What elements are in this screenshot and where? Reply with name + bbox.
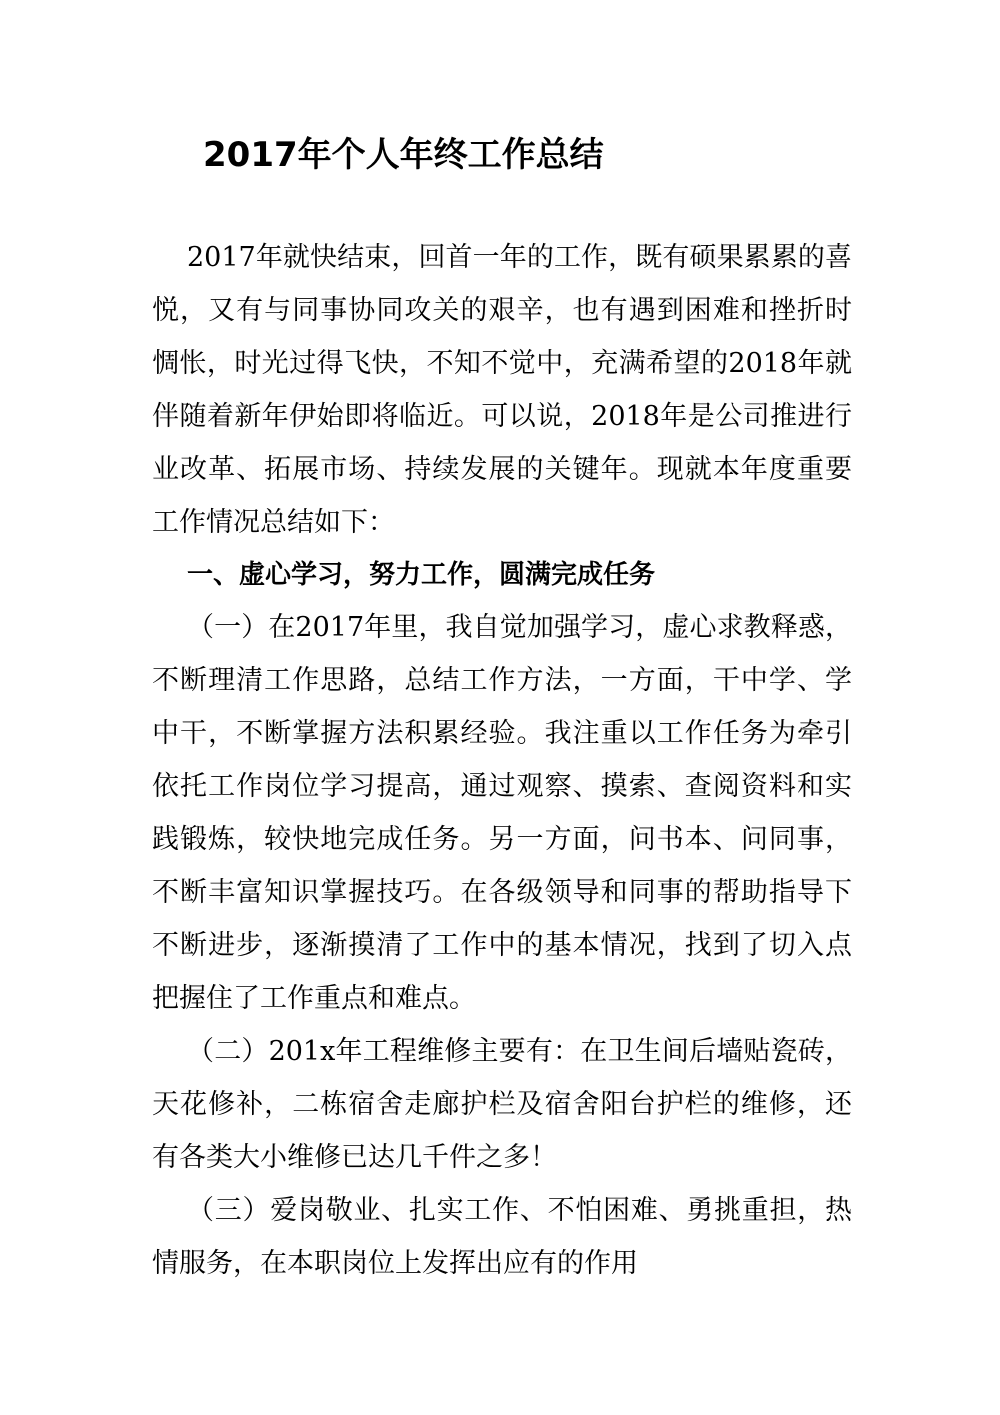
intro-line-4: 伴随着新年伊始即将临近。可以说，2018年是公司推进行 (152, 397, 852, 437)
intro-line-1: 2017年就快结束，回首一年的工作，既有硕果累累的喜 (187, 238, 852, 278)
intro-line-5: 业改革、拓展市场、持续发展的关键年。现就本年度重要 (152, 450, 852, 490)
item-2-line-3: 有各类大小维修已达几千件之多！ (152, 1138, 852, 1178)
intro-line-6: 工作情况总结如下： (152, 503, 852, 543)
section-1-heading: 一、虚心学习，努力工作，圆满完成任务 (187, 555, 655, 595)
item-1-line-8: 把握住了工作重点和难点。 (152, 979, 852, 1019)
document-page: 2017年个人年终工作总结 2017年就快结束，回首一年的工作，既有硕果累累的喜… (0, 0, 1000, 1415)
document-title: 2017年个人年终工作总结 (203, 131, 604, 179)
item-1-line-1: （一）在2017年里，我自觉加强学习，虚心求教释惑， (187, 608, 852, 648)
item-1-line-4: 依托工作岗位学习提高，通过观察、摸索、查阅资料和实 (152, 767, 852, 807)
item-2-line-1: （二）201x年工程维修主要有：在卫生间后墙贴瓷砖， (187, 1032, 852, 1072)
item-1-line-5: 践锻炼，较快地完成任务。另一方面，问书本、问同事， (152, 820, 852, 860)
item-3-line-2: 情服务，在本职岗位上发挥出应有的作用 (152, 1244, 852, 1284)
intro-line-2: 悦，又有与同事协同攻关的艰辛，也有遇到困难和挫折时 (152, 291, 852, 331)
item-1-line-2: 不断理清工作思路，总结工作方法，一方面，干中学、学 (152, 661, 852, 701)
item-2-line-2: 天花修补，二栋宿舍走廊护栏及宿舍阳台护栏的维修，还 (152, 1085, 852, 1125)
item-1-line-3: 中干，不断掌握方法积累经验。我注重以工作任务为牵引 (152, 714, 852, 754)
item-3-line-1: （三）爱岗敬业、扎实工作、不怕困难、勇挑重担，热 (187, 1191, 852, 1231)
intro-line-3: 惆怅，时光过得飞快，不知不觉中，充满希望的2018年就 (152, 344, 852, 384)
item-1-line-6: 不断丰富知识掌握技巧。在各级领导和同事的帮助指导下 (152, 873, 852, 913)
item-1-line-7: 不断进步，逐渐摸清了工作中的基本情况，找到了切入点 (152, 926, 852, 966)
